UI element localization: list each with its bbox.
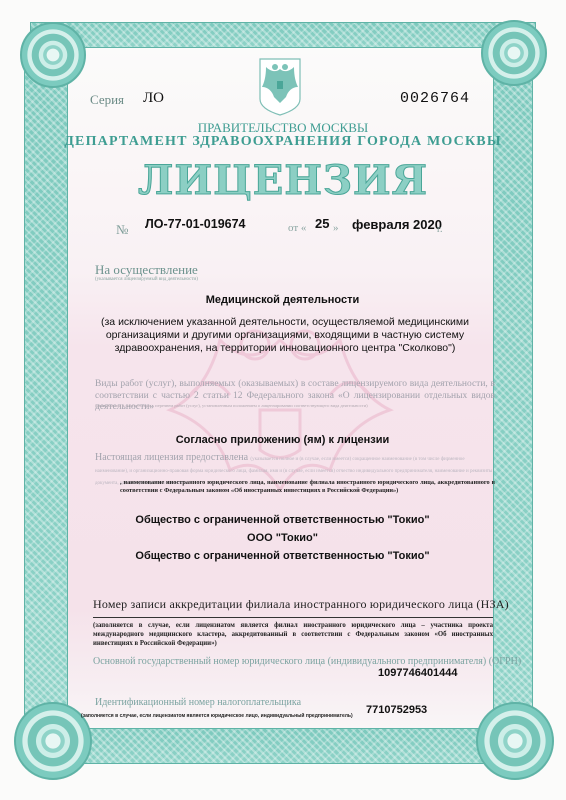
ogrn-label: Основной государственный номер юридическ… bbox=[93, 656, 521, 667]
works-label: Виды работ (услуг), выполняемых (оказыва… bbox=[95, 379, 495, 414]
activity-note: (за исключением указанной деятельности, … bbox=[80, 316, 490, 355]
series-value: ЛО bbox=[143, 90, 164, 107]
inn-note: (заполняется в случае, если лицензиатом … bbox=[81, 713, 353, 719]
activity-label: На осуществление bbox=[95, 262, 198, 278]
date-from-label: от « bbox=[288, 222, 306, 234]
guilloche-border-bottom bbox=[30, 728, 536, 764]
date-quote-close: » bbox=[333, 222, 339, 234]
date-month-year: февраля 2020 bbox=[352, 217, 442, 232]
blank-number: 0026764 bbox=[400, 90, 470, 107]
inn-label: Идентификационный номер налогоплательщик… bbox=[95, 697, 301, 708]
series-label: Серия bbox=[90, 92, 124, 108]
rosette-icon bbox=[481, 20, 547, 86]
license-title: ЛИЦЕНЗИЯ bbox=[0, 157, 566, 204]
licensee-short-name: ООО "Токио" bbox=[70, 532, 495, 544]
license-document: Серия ЛО 0026764 ПРАВИТЕЛЬСТВО МОСКВЫ ДЕ… bbox=[0, 0, 566, 800]
activity-value: Медицинской деятельности bbox=[70, 294, 495, 306]
ogrn-value: 1097746401444 bbox=[378, 667, 458, 679]
issuer-department: ДЕПАРТАМЕНТ ЗДРАВООХРАНЕНИЯ ГОРОДА МОСКВ… bbox=[0, 134, 566, 150]
number-label: № bbox=[116, 222, 128, 238]
licensee-lead: Настоящая лицензия предоставлена bbox=[95, 452, 248, 463]
inn-value: 7710752953 bbox=[366, 704, 427, 716]
licensee-bold-note: , наименование иностранного юридического… bbox=[120, 479, 495, 496]
works-hint: (указываются в соответствии с перечнем р… bbox=[95, 403, 495, 408]
date-year-suffix: г. bbox=[437, 224, 442, 235]
date-day: 25 bbox=[315, 216, 329, 231]
license-number: ЛО-77-01-019674 bbox=[145, 217, 246, 231]
rosette-icon bbox=[20, 22, 86, 88]
guilloche-border-top bbox=[30, 22, 536, 48]
licensee-firm-name: Общество с ограниченной ответственностью… bbox=[70, 550, 495, 562]
nza-label: Номер записи аккредитации филиала иностр… bbox=[93, 597, 509, 612]
licensee-full-name: Общество с ограниченной ответственностью… bbox=[70, 514, 495, 526]
nza-divider bbox=[93, 617, 493, 618]
activity-hint: (указывается лицензируемый вид деятельно… bbox=[95, 277, 198, 282]
coat-of-arms-icon bbox=[258, 57, 302, 117]
nza-note: (заполняется в случае, если лицензиатом … bbox=[93, 621, 493, 648]
rosette-icon bbox=[476, 702, 554, 780]
works-value: Согласно приложению (ям) к лицензии bbox=[70, 434, 495, 446]
